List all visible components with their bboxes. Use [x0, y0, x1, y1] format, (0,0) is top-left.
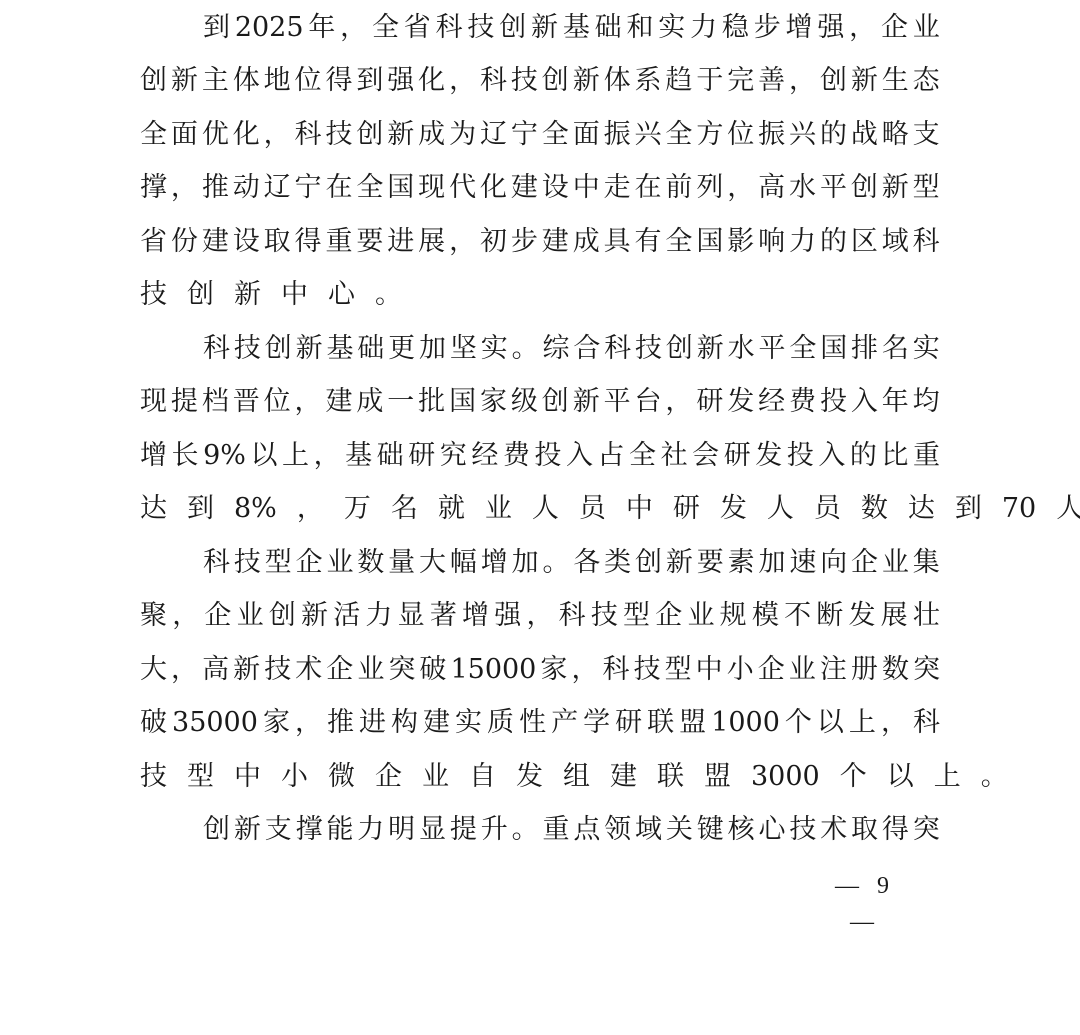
page-number: — 9 — — [815, 868, 915, 904]
paragraph-3-line-3: 大，高新技术企业突破15000家，科技型中小企业注册数突 — [140, 643, 940, 696]
paragraph-3-line-1: 科技型企业数量大幅增加。各类创新要素加速向企业集 — [140, 536, 940, 589]
paragraph-3-line-2: 聚，企业创新活力显著增强，科技型企业规模不断发展壮 — [140, 589, 940, 642]
paragraph-4-line-1: 创新支撑能力明显提升。重点领域关键核心技术取得突 — [140, 803, 940, 856]
paragraph-1-line-2: 创新主体地位得到强化，科技创新体系趋于完善，创新生态 — [140, 54, 940, 107]
paragraph-1-line-4: 撑，推动辽宁在全国现代化建设中走在前列，高水平创新型 — [140, 161, 940, 214]
paragraph-3-line-4: 破35000家，推进构建实质性产学研联盟1000个以上，科 — [140, 696, 940, 749]
paragraph-1-line-3: 全面优化，科技创新成为辽宁全面振兴全方位振兴的战略支 — [140, 108, 940, 161]
paragraph-2-line-4: 达到8%，万名就业人员中研发人员数达到70人年。 — [140, 482, 940, 535]
paragraph-2-line-3: 增长9%以上，基础研究经费投入占全社会研发投入的比重 — [140, 429, 940, 482]
paragraph-2-line-1: 科技创新基础更加坚实。综合科技创新水平全国排名实 — [140, 322, 940, 375]
paragraph-1-line-6: 技创新中心。 — [140, 268, 940, 321]
paragraph-1-line-5: 省份建设取得重要进展，初步建成具有全国影响力的区域科 — [140, 215, 940, 268]
paragraph-2-line-2: 现提档晋位，建成一批国家级创新平台，研发经费投入年均 — [140, 375, 940, 428]
paragraph-3-line-5: 技型中小微企业自发组建联盟3000个以上。 — [140, 750, 940, 803]
paragraph-1-line-1: 到2025年，全省科技创新基础和实力稳步增强，企业 — [140, 1, 940, 54]
